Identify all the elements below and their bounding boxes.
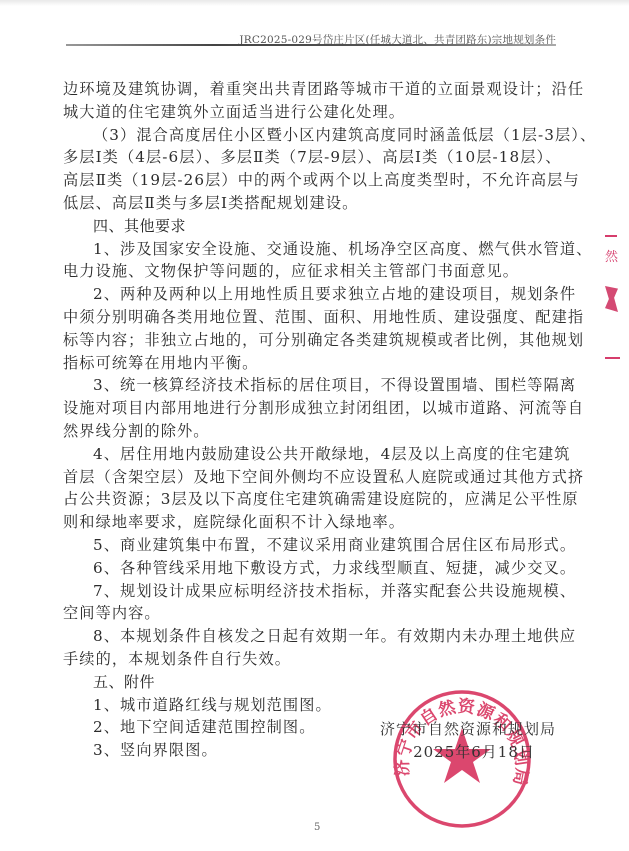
body-text-line: 然界线分割的除外。 [63, 420, 557, 443]
document-body: 边环境及建筑协调，着重突出共青团路等城市干道的立面景观设计；沿任城大道的住宅建筑… [63, 78, 557, 762]
body-text-line: 高层Ⅱ类（19层-26层）中的两个或两个以上高度类型时，不允许高层与 [63, 169, 557, 192]
header-divider [66, 44, 556, 46]
issuing-organization: 济宁市自然资源和规划局 [380, 718, 560, 741]
body-text-line: 电力设施、文物保护等问题的，应征求相关主管部门书面意见。 [63, 260, 557, 283]
body-text-line: 6、各种管线采用地下敷设方式，力求线型顺直、短捷，减少交叉。 [63, 557, 557, 580]
section-heading: 四、其他要求 [63, 215, 557, 238]
seam-seal-mark-top [605, 235, 617, 237]
body-text-line: 低层、高层Ⅱ类与多层Ⅰ类搭配规划建设。 [63, 192, 557, 215]
body-text-line: 5、商业建筑集中布置，不建议采用商业建筑围合居住区布局形式。 [63, 534, 557, 557]
body-text-line: 手续的，本规划条件自行失效。 [63, 648, 557, 671]
body-text-line: 城大道的住宅建筑外立面适当进行公建化处理。 [63, 101, 557, 124]
body-text-line: 7、规划设计成果应标明经济技术指标，并落实配套公共设施规模、 [63, 580, 557, 603]
body-text-line: 则和绿地率要求，庭院绿化面积不计入绿地率。 [63, 511, 557, 534]
scan-top-edge [0, 0, 629, 6]
issue-date: 2025年6月18日 [380, 741, 560, 764]
signature-block: 济宁市自然资源和规划局 2025年6月18日 [380, 718, 560, 764]
seam-seal-mark-bottom [605, 357, 620, 359]
body-text-line: （3）混合高度居住小区暨小区内建筑高度同时涵盖低层（1层-3层）、 [63, 124, 557, 147]
body-text-line: 2、两种及两种以上用地性质且要求独立占地的建设项目，规划条件 [63, 283, 557, 306]
body-text-line: 占公共资源；3层及以下高度住宅建筑确需建设庭院的，应满足公平性原 [63, 488, 557, 511]
body-text-line: 标等内容；非独立占地的，可分别确定各类建筑规模或者比例，其他规划 [63, 329, 557, 352]
body-text-line: 1、涉及国家安全设施、交通设施、机场净空区高度、燃气供水管道、 [63, 238, 557, 261]
body-text-line: 4、居住用地内鼓励建设公共开敞绿地，4层及以上高度的住宅建筑 [63, 443, 557, 466]
body-text-line: 指标可统筹在用地内平衡。 [63, 352, 557, 375]
body-text-line: 多层Ⅰ类（4层-6层）、多层Ⅱ类（7层-9层）、高层Ⅰ类（10层-18层）、 [63, 146, 557, 169]
seam-seal-star-fragment-icon [605, 286, 618, 312]
body-text-line: 首层（含架空层）及地下空间外侧均不应设置私人庭院或通过其他方式挤 [63, 466, 557, 489]
body-text-line: 8、本规划条件自核发之日起有效期一年。有效期内未办理土地供应 [63, 625, 557, 648]
body-text-line: 中须分别明确各类用地位置、范围、面积、用地性质、建设强度、配建指 [63, 306, 557, 329]
body-text-line: 3、统一核算经济技术指标的居住项目，不得设置围墙、围栏等隔离 [63, 374, 557, 397]
page-number: 5 [314, 822, 320, 833]
seam-seal-char: 然 [605, 246, 618, 265]
body-text-line: 边环境及建筑协调，着重突出共青团路等城市干道的立面景观设计；沿任 [63, 78, 557, 101]
body-text-line: 空间等内容。 [63, 602, 557, 625]
body-text-line: 设施对项目内部用地进行分割形成独立封闭组团，以城市道路、河流等自 [63, 397, 557, 420]
